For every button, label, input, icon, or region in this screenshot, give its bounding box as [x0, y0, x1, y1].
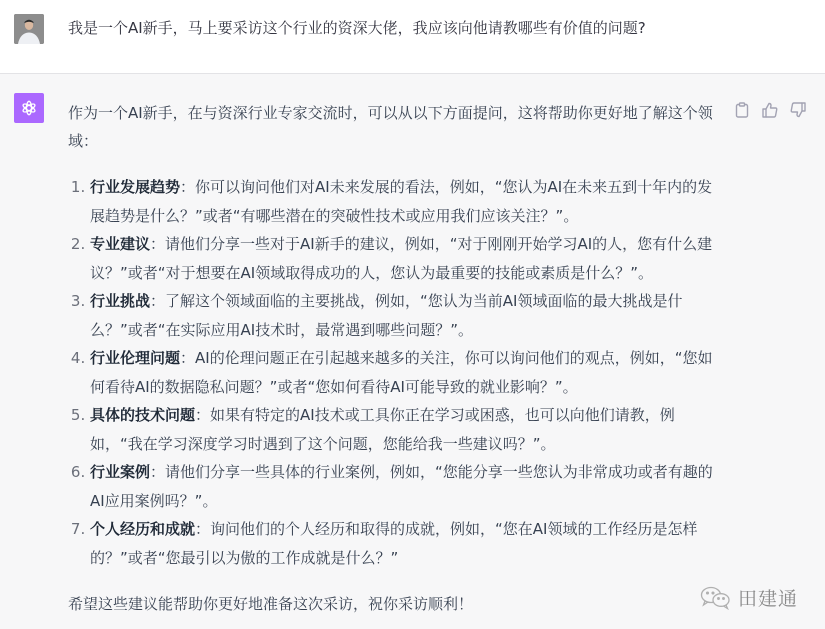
chatgpt-logo-icon [14, 93, 44, 123]
watermark-text: 田建通 [738, 584, 798, 611]
list-item: 个人经历和成就：询问他们的个人经历和取得的成就，例如，“您在AI领域的工作经历是… [90, 515, 723, 572]
copy-button[interactable] [733, 101, 751, 119]
item-text: ：了解这个领域面临的主要挑战，例如，“您认为当前AI领域面临的最大挑战是什么？”… [90, 292, 682, 339]
user-message-row: 我是一个AI新手，马上要采访这个行业的资深大佬，我应该向他请教哪些有价值的问题? [0, 0, 825, 74]
assistant-message-row: 作为一个AI新手，在与资深行业专家交流时，可以从以下方面提问，这将帮助你更好地了… [0, 74, 825, 629]
assistant-outro: 希望这些建议能帮助你更好地准备这次采访，祝你采访顺利！ [68, 590, 723, 618]
item-text: ：请他们分享一些具体的行业案例，例如，“您能分享一些您认为非常成功或者有趣的AI… [90, 463, 713, 510]
item-text: ：你可以询问他们对AI未来发展的看法，例如，“您认为AI在未来五到十年内的发展趋… [90, 178, 712, 225]
thumbs-up-icon [762, 102, 778, 118]
list-item: 具体的技术问题：如果有特定的AI技术或工具你正在学习或困惑，也可以向他们请教，例… [90, 401, 723, 458]
wechat-icon [700, 586, 732, 610]
message-actions [733, 101, 807, 119]
list-item: 行业伦理问题：AI的伦理问题正在引起越来越多的关注，你可以询问他们的观点，例如，… [90, 344, 723, 401]
item-title: 行业发展趋势 [90, 178, 180, 196]
clipboard-icon [735, 102, 749, 118]
item-title: 具体的技术问题 [90, 406, 195, 424]
thumbs-down-button[interactable] [789, 101, 807, 119]
list-item: 专业建议：请他们分享一些对于AI新手的建议，例如，“对于刚刚开始学习AI的人，您… [90, 230, 723, 287]
thumbs-down-icon [790, 102, 806, 118]
list-item: 行业挑战：了解这个领域面临的主要挑战，例如，“您认为当前AI领域面临的最大挑战是… [90, 287, 723, 344]
user-avatar [14, 14, 44, 44]
item-title: 专业建议 [90, 235, 150, 253]
thumbs-up-button[interactable] [761, 101, 779, 119]
item-text: ：请他们分享一些对于AI新手的建议，例如，“对于刚刚开始学习AI的人，您有什么建… [90, 235, 712, 282]
item-text: ：AI的伦理问题正在引起越来越多的关注，你可以询问他们的观点，例如，“您如何看待… [90, 349, 712, 396]
item-title: 行业伦理问题 [90, 349, 180, 367]
list-item: 行业发展趋势：你可以询问他们对AI未来发展的看法，例如，“您认为AI在未来五到十… [90, 173, 723, 230]
item-title: 个人经历和成就 [90, 520, 195, 538]
user-message-text: 我是一个AI新手，马上要采访这个行业的资深大佬，我应该向他请教哪些有价值的问题? [68, 16, 646, 40]
item-title: 行业案例 [90, 463, 150, 481]
watermark: 田建通 [700, 584, 798, 611]
list-item: 行业案例：请他们分享一些具体的行业案例，例如，“您能分享一些您认为非常成功或者有… [90, 458, 723, 515]
suggestion-list: 行业发展趋势：你可以询问他们对AI未来发展的看法，例如，“您认为AI在未来五到十… [68, 173, 723, 572]
assistant-message-content: 作为一个AI新手，在与资深行业专家交流时，可以从以下方面提问，这将帮助你更好地了… [68, 99, 723, 618]
assistant-intro: 作为一个AI新手，在与资深行业专家交流时，可以从以下方面提问，这将帮助你更好地了… [68, 99, 723, 155]
item-title: 行业挑战 [90, 292, 150, 310]
